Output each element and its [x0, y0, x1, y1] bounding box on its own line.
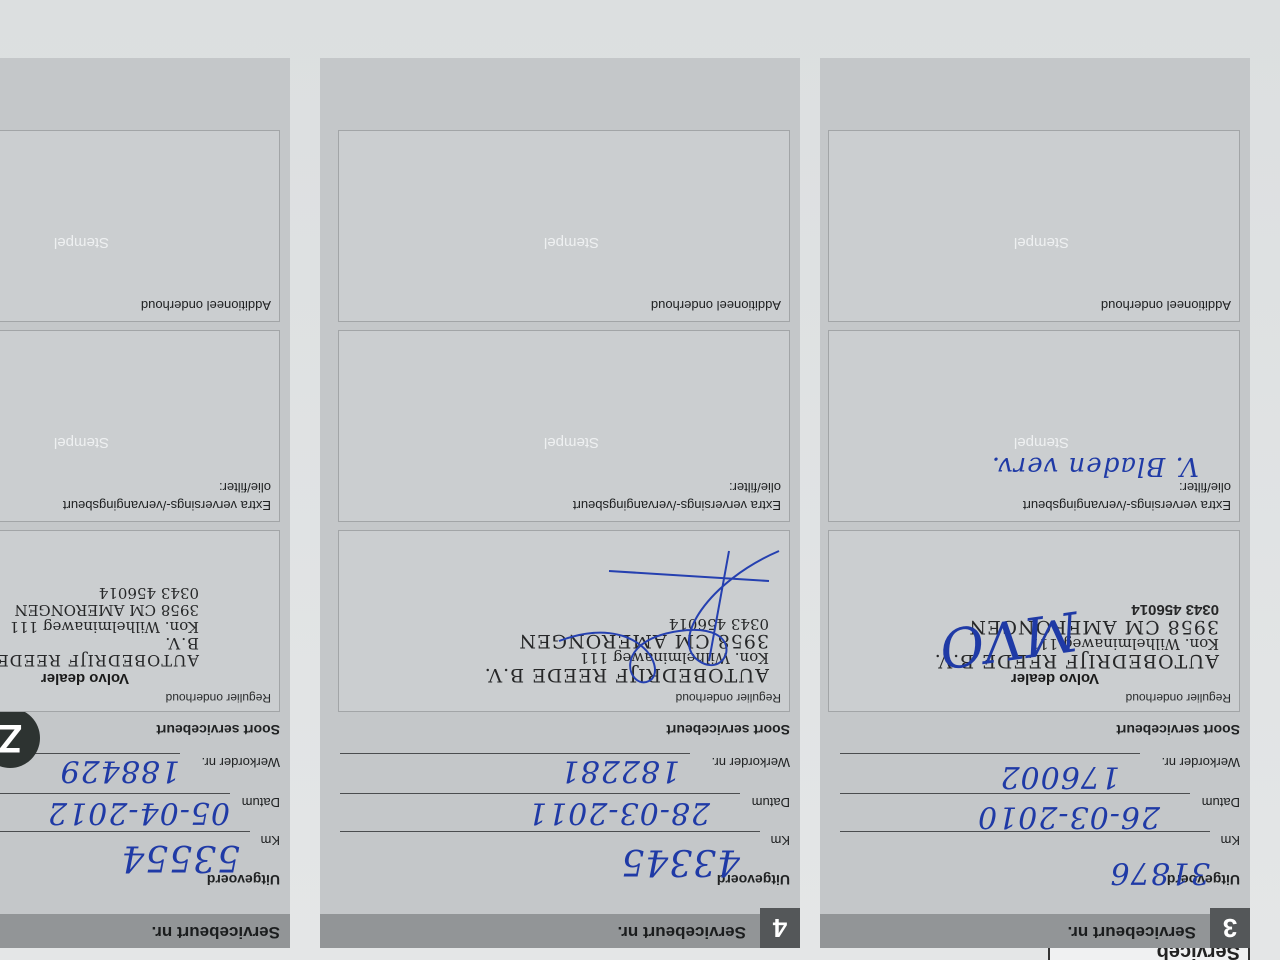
service-title: Servicebeurt nr.: [617, 922, 746, 942]
datum-label: Datum: [1202, 795, 1240, 810]
service-number: 4: [760, 908, 800, 948]
service-column-4: 4 Servicebeurt nr. Uitgevoerd Km 43345 D…: [320, 58, 800, 948]
stamp-dealer-type: Volvo dealer: [41, 670, 129, 687]
additioneel-label: Additioneel onderhoud: [1101, 298, 1231, 313]
werkorder-value: 188429: [59, 753, 180, 788]
stamp-phone: 0343 456014: [0, 584, 199, 601]
service-number: 3: [1210, 908, 1250, 948]
stamp-name: AUTOBEDRIJF REEDE B.V.: [0, 635, 199, 669]
km-value: 31876: [1110, 855, 1210, 890]
extra-label: Extra verversings-/vervangingsbeurt: [63, 498, 271, 513]
additioneel-box: Additioneel onderhoud Stempel: [338, 130, 790, 322]
olie-label: olie/filter:: [1179, 480, 1231, 495]
dealer-stamp-box: Regulier onderhoud AUTOBEDRIJF REEDE B.V…: [338, 530, 790, 712]
stempel-placeholder: Stempel: [544, 234, 599, 251]
stempel-placeholder: Stempel: [1014, 434, 1069, 451]
extra-note: V. Bladen verv.: [991, 451, 1199, 481]
extra-service-box: Extra verversings-/vervangingsbeurt olie…: [338, 330, 790, 522]
km-label: Km: [771, 833, 791, 848]
km-line: [340, 831, 760, 832]
dealer-stamp-box: Regulier onderhoud Volvo dealer AUTOBEDR…: [0, 530, 280, 712]
service-header: 3 Servicebeurt nr.: [820, 914, 1250, 948]
service-title: Servicebeurt nr.: [1067, 922, 1196, 942]
stempel-placeholder: Stempel: [1014, 234, 1069, 251]
soort-label: Soort servicebeurt: [1116, 722, 1240, 738]
datum-line: [340, 793, 740, 794]
stamp-city: 3958 CM AMERONGEN: [0, 601, 199, 618]
stempel-placeholder: Stempel: [54, 234, 109, 251]
km-value: 43345: [620, 841, 740, 882]
extra-label: Extra verversings-/vervangingsbeurt: [1023, 498, 1231, 513]
service-column-next: Servicebeurt nr. Uitgevoerd Km 53554 Dat…: [0, 58, 290, 948]
additioneel-box: Additioneel onderhoud Stempel: [828, 130, 1240, 322]
olie-label: olie/filter:: [219, 480, 271, 495]
service-booklet-page: Serviceb 3 Servicebeurt nr. Uitgevoerd K…: [0, 0, 1280, 960]
extra-service-box: Extra verversings-/vervangingsbeurt olie…: [0, 330, 280, 522]
stempel-placeholder: Stempel: [544, 434, 599, 451]
soort-label: Soort servicebeurt: [156, 722, 280, 738]
datum-value: 26-03-2010: [977, 799, 1160, 834]
olie-label: olie/filter:: [729, 480, 781, 495]
werkorder-value: 176002: [999, 759, 1120, 794]
werkorder-label: Werkorder nr.: [201, 755, 280, 770]
stamp-street: Kon. Wilhelminaweg 111: [0, 618, 199, 635]
datum-label: Datum: [242, 795, 280, 810]
km-label: Km: [261, 833, 281, 848]
km-line: [0, 831, 250, 832]
regulier-label: Regulier onderhoud: [166, 691, 271, 705]
datum-label: Datum: [752, 795, 790, 810]
werkorder-label: Werkorder nr.: [1161, 755, 1240, 770]
service-header: Servicebeurt nr.: [0, 914, 290, 948]
service-header: 4 Servicebeurt nr.: [320, 914, 800, 948]
stamp-dealer-type: Volvo dealer: [1011, 670, 1099, 687]
soort-label: Soort servicebeurt: [666, 722, 790, 738]
additioneel-box: Additioneel onderhoud Stempel: [0, 130, 280, 322]
extra-service-box: Extra verversings-/vervangingsbeurt olie…: [828, 330, 1240, 522]
dealer-badge-icon: Z: [0, 708, 40, 768]
regulier-label: Regulier onderhoud: [1126, 691, 1231, 705]
werkorder-line: [840, 753, 1140, 754]
service-title: Servicebeurt nr.: [151, 922, 280, 942]
additioneel-label: Additioneel onderhoud: [651, 298, 781, 313]
werkorder-label: Werkorder nr.: [711, 755, 790, 770]
datum-value: 28-03-2011: [527, 795, 710, 830]
service-column-3: 3 Servicebeurt nr. Uitgevoerd Km 31876 D…: [820, 58, 1250, 948]
dealer-stamp-box: Regulier onderhoud Volvo dealer AUTOBEDR…: [828, 530, 1240, 712]
werkorder-value: 182281: [559, 753, 680, 788]
signature-scribble: [339, 531, 789, 701]
datum-value: 05-04-2012: [47, 795, 230, 830]
extra-label: Extra verversings-/vervangingsbeurt: [573, 498, 781, 513]
additioneel-label: Additioneel onderhoud: [141, 298, 271, 313]
datum-line: [0, 793, 230, 794]
km-label: Km: [1221, 833, 1241, 848]
stamp-address: AUTOBEDRIJF REEDE B.V. Kon. Wilhelminawe…: [0, 584, 199, 669]
stempel-placeholder: Stempel: [54, 434, 109, 451]
km-value: 53554: [120, 837, 240, 878]
